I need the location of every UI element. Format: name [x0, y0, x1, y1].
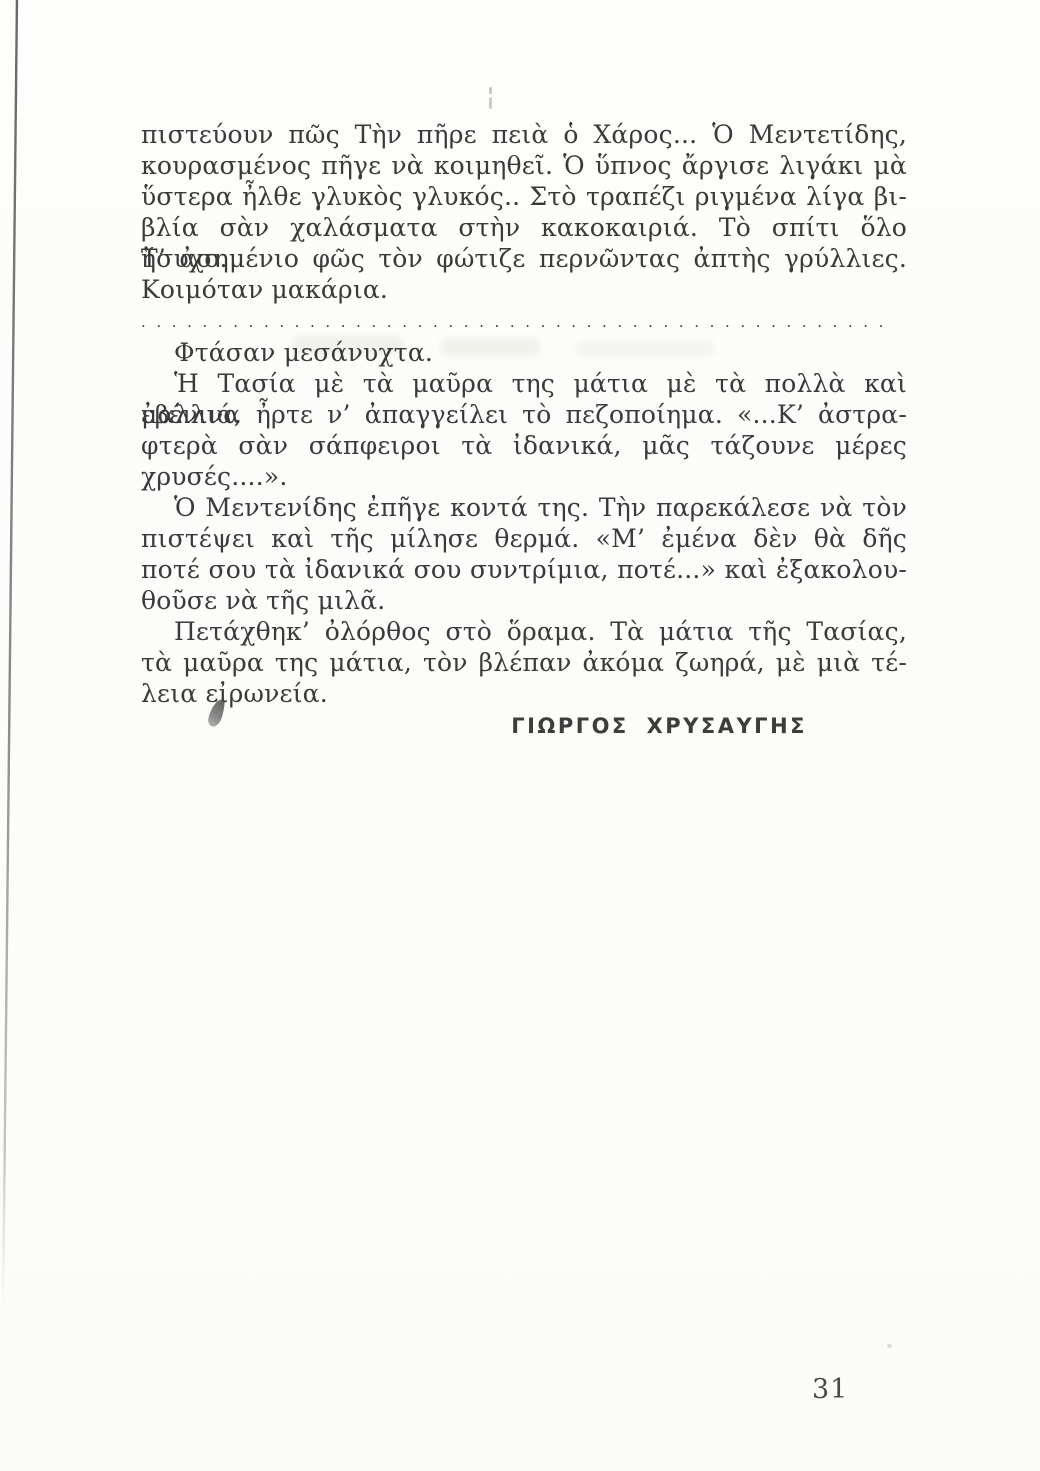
- text-block: πιστεύουν πῶς Τὴν πῆρε πειὰ ὁ Χάρος... Ὁ…: [141, 119, 907, 738]
- text-line: πιστεύουν πῶς Τὴν πῆρε πειὰ ὁ Χάρος... Ὁ…: [141, 119, 907, 150]
- text-line: Πετάχθηκ’ ὀλόρθος στὸ ὅραμα. Τὰ μάτια τῆ…: [141, 616, 907, 647]
- text-line: θοῦσε νὰ τῆς μιλᾶ.: [141, 585, 907, 616]
- scanned-book-page: πιστεύουν πῶς Τὴν πῆρε πειὰ ὁ Χάρος... Ὁ…: [0, 0, 1040, 1471]
- text-line: Κοιμόταν μακάρια.: [141, 274, 907, 305]
- text-line: τὰ μαῦρα της μάτια, τὸν βλέπαν ἀκόμα ζωη…: [141, 647, 907, 678]
- text-line: κουρασμένος πῆγε νὰ κοιμηθεῖ. Ὁ ὕπνος ἄρ…: [141, 150, 907, 181]
- separator-dots: ........................................…: [141, 305, 907, 337]
- text-line: βλία σὰν χαλάσματα στὴν κακοκαιριά. Τὸ σ…: [141, 212, 907, 243]
- text-line: χρυσές....».: [141, 461, 907, 492]
- text-line: πιστέψει καὶ τῆς μίλησε θερμά. «Μ’ ἐμένα…: [141, 523, 907, 554]
- text-line: Ἡ Τασία μὲ τὰ μαῦρα της μάτια μὲ τὰ πολλ…: [141, 368, 907, 399]
- text-line: ὕστερα ἦλθε γλυκὸς γλυκός.. Στὸ τραπέζι …: [141, 181, 907, 212]
- text-line: φτερὰ σὰν σάπφειροι τὰ ἰδανικά, μᾶς τάζο…: [141, 430, 907, 461]
- text-line: λεια εἰρωνεία.: [141, 678, 907, 709]
- text-line: ποτέ σου τὰ ἰδανικά σου συντρίμια, ποτέ.…: [141, 554, 907, 585]
- text-line: μαλλιά, ἦρτε ν’ ἀπαγγείλει τὸ πεζοποίημα…: [141, 399, 907, 430]
- author-signature: ΓΙΩΡΓΟΣ ΧΡΥΣΑΥΓΗΣ: [141, 714, 907, 738]
- text-line: Τ’ ἀσημένιο φῶς τὸν φώτιζε περνῶντας ἀπτ…: [141, 243, 907, 274]
- text-line: Ὁ Μεντενίδης ἐπῆγε κοντά της. Τὴν παρεκά…: [141, 492, 907, 523]
- page-number: 31: [812, 1374, 848, 1405]
- paper-speck-mark: [887, 1344, 892, 1348]
- printing-speck-mark: [489, 87, 492, 109]
- text-line: Φτάσαν μεσάνυχτα.: [141, 337, 907, 368]
